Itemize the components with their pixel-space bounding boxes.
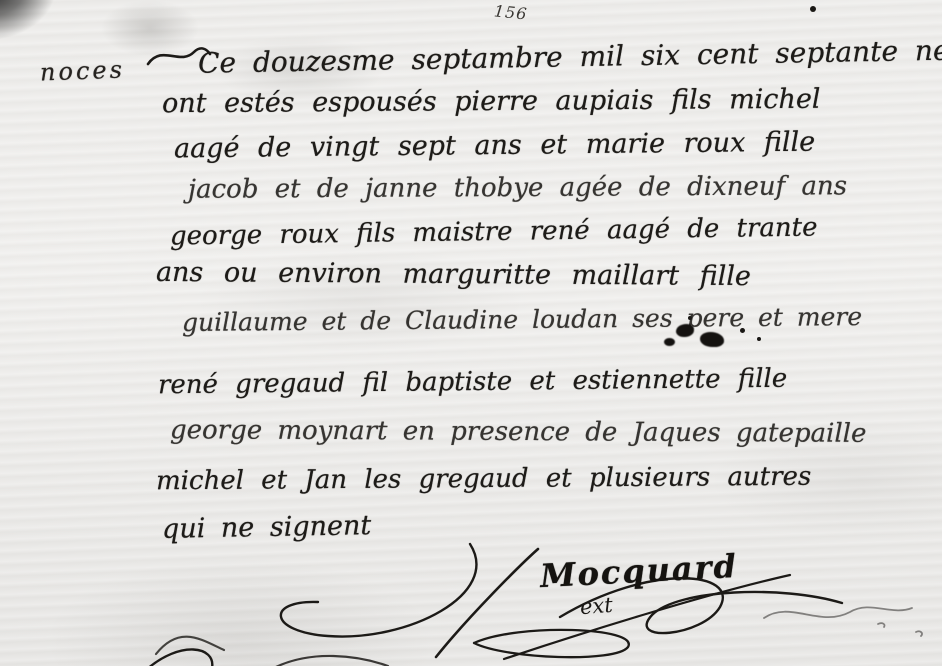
manuscript-line: rené gregaud fil baptiste et estiennette…: [158, 364, 787, 401]
ink-blot: [700, 332, 724, 347]
manuscript-line: Ce douzesme septambre mil six cent septa…: [198, 33, 942, 80]
manuscript-line: ont estés espousés pierre aupiais fils m…: [162, 84, 821, 120]
ink-dot: [810, 6, 816, 12]
page-number: 156: [493, 1, 528, 23]
ink-speck: [688, 316, 692, 320]
manuscript-line: aagé de vingt sept ans et marie roux fil…: [174, 127, 815, 165]
manuscript-page: 156 noces Ce douzesme septambre mil six …: [0, 0, 942, 666]
ink-speck: [757, 337, 761, 341]
manuscript-line: ans ou environ marguritte maillart fille: [156, 257, 751, 292]
bottom-cutoff-flourish: [120, 630, 450, 666]
manuscript-line: michel et Jan les gregaud et plusieurs a…: [156, 462, 812, 497]
ink-blot: [664, 338, 675, 346]
manuscript-line: guillaume et de Claudine loudan ses pere…: [182, 302, 862, 337]
manuscript-line: george roux fils maistre rené aagé de tr…: [170, 212, 818, 251]
manuscript-line: jacob et de janne thobye agée de dixneuf…: [188, 171, 847, 204]
margin-note-noces: noces: [40, 56, 126, 87]
signature-note: ext: [579, 593, 613, 619]
manuscript-line: george moynart en presence de Jaques gat…: [170, 415, 867, 449]
ink-speck: [740, 328, 745, 333]
faint-scribble: [760, 588, 930, 644]
ink-blot: [676, 324, 694, 337]
